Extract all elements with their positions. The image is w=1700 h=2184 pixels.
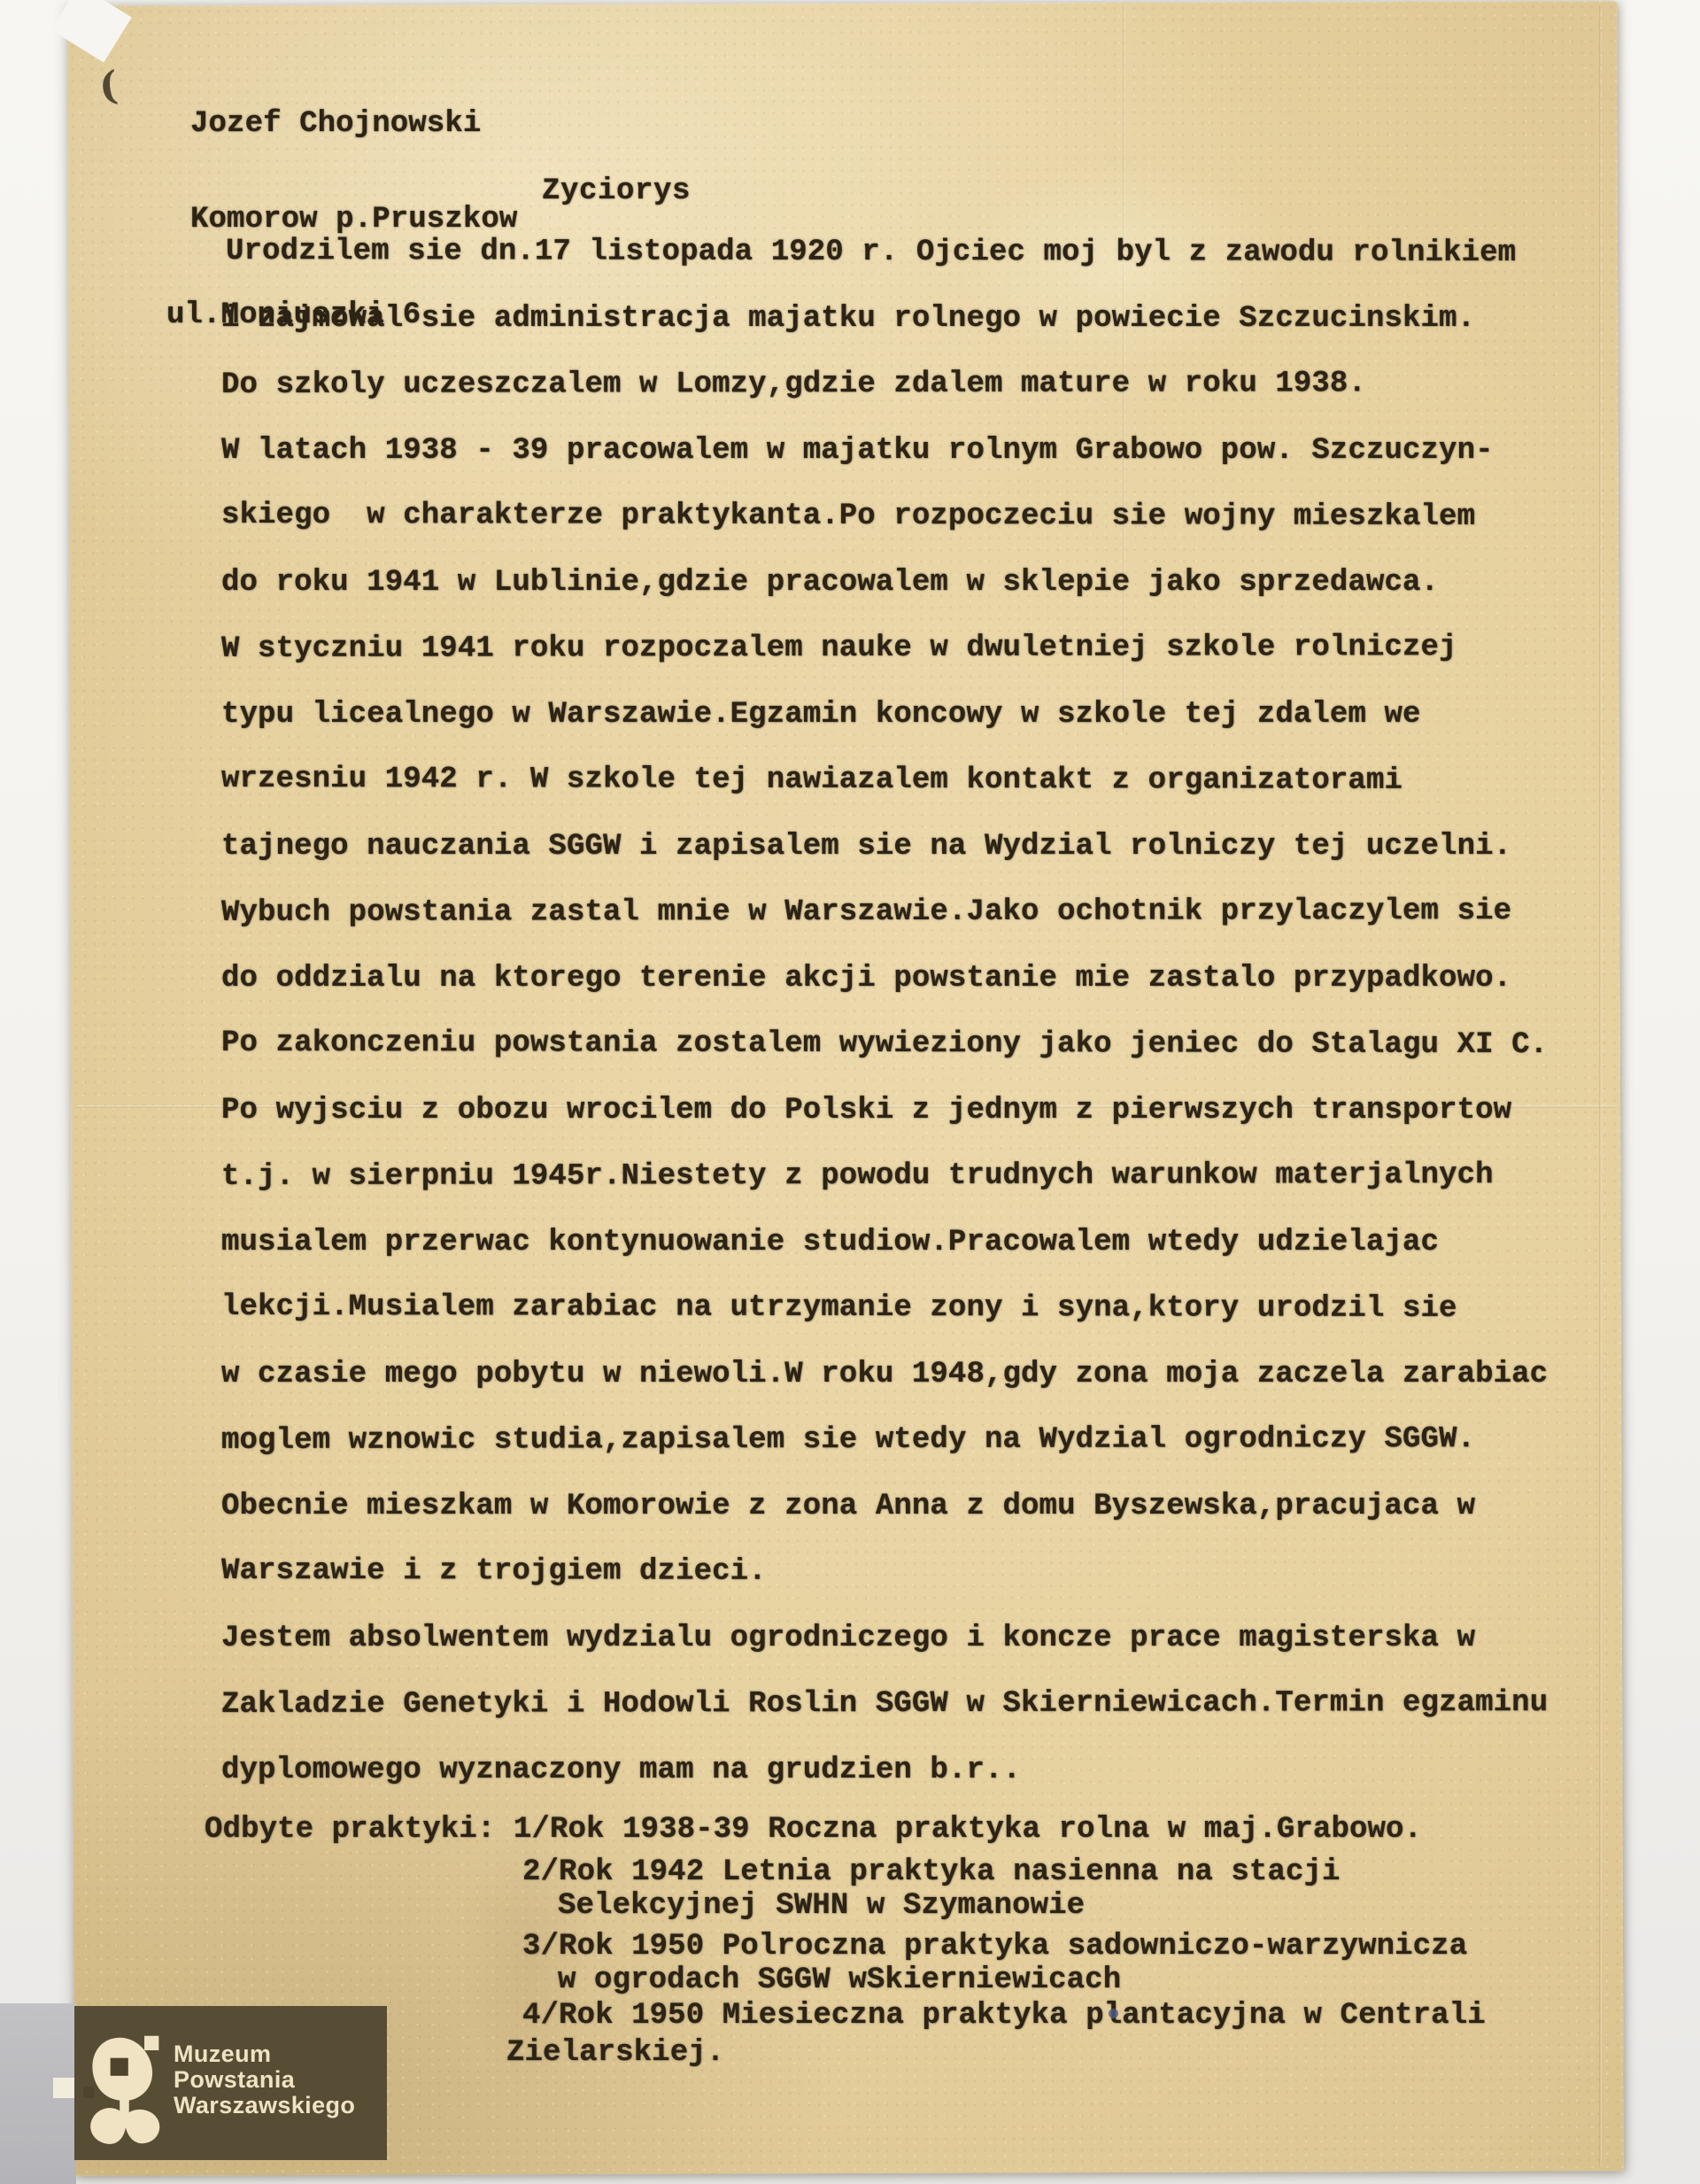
practice-row: w ogrodach SGGW wSkierniewicach (558, 1963, 1121, 1998)
document-line: do roku 1941 w Lublinie,gdzie pracowalem… (221, 550, 1548, 616)
document-line: Wybuch powstania zastal mnie w Warszawie… (221, 879, 1548, 946)
document-line: w czasie mego pobytu w niewoli.W roku 19… (221, 1342, 1548, 1408)
document-line: i zajmowal sie administracja majatku rol… (221, 286, 1548, 352)
document-line: skiego w charakterze praktykanta.Po rozp… (221, 483, 1548, 551)
practice-row: 3/Rok 1950 Polroczna praktyka sadowniczo… (522, 1929, 1467, 1964)
museum-name-line3: Warszawskiego (174, 2093, 355, 2118)
document-line: musialem przerwac kontynuowanie studiow.… (221, 1210, 1548, 1276)
document-line: Po zakonczeniu powstania zostalem wywiez… (221, 1011, 1548, 1079)
museum-name-line1: Muzeum (174, 2041, 355, 2067)
document-line: t.j. w sierpniu 1945r.Niestety z powodu … (221, 1142, 1548, 1210)
museum-name: Muzeum Powstania Warszawskiego (174, 2041, 355, 2118)
document-line: dyplomowego wyznaczony mam na grudzien b… (221, 1738, 1548, 1804)
sender-name: Jozef Chojnowski (190, 108, 517, 140)
document-line: do oddzialu na ktorego terenie akcji pow… (221, 946, 1548, 1012)
document-body: Urodzilem sie dn.17 listopada 1920 r. Oj… (221, 220, 1548, 1803)
practice-row: Zielarskiej. (506, 2035, 724, 2071)
document-title: Zyciorys (542, 174, 691, 209)
practice-row: Odbyte praktyki: 1/Rok 1938-39 Roczna pr… (205, 1812, 1422, 1847)
document-line: Zakladzie Genetyki i Hodowli Roslin SGGW… (221, 1670, 1548, 1738)
ink-fleck (1109, 2009, 1118, 2018)
practice-row: 2/Rok 1942 Letnia praktyka nasienna na s… (522, 1855, 1341, 1890)
document-line: typu licealnego w Warszawie.Egzamin konc… (221, 682, 1548, 748)
logo-pixel-square (53, 2078, 74, 2098)
document-line: W latach 1938 - 39 pracowalem w majatku … (221, 418, 1548, 484)
document-line: Do szkoly uczeszczalem w Lomzy,gdzie zda… (221, 351, 1548, 418)
document-line: lekcji.Musialem zarabiac na utrzymanie z… (221, 1274, 1548, 1343)
document-line: Obecnie mieszkam w Komorowie z zona Anna… (221, 1474, 1548, 1540)
practice-row: Selekcyjnej SWHN w Szymanowie (558, 1888, 1085, 1924)
museum-watermark: Muzeum Powstania Warszawskiego (74, 2006, 387, 2160)
document-line: Jestem absolwentem wydzialu ogrodniczego… (221, 1606, 1548, 1672)
document-line: wrzesniu 1942 r. W szkole tej nawiazalem… (221, 747, 1548, 815)
document-line: Urodzilem sie dn.17 listopada 1920 r. Oj… (221, 219, 1548, 287)
museum-name-line2: Powstania (174, 2067, 355, 2093)
document-line: tajnego nauczania SGGW i zapisalem sie n… (221, 814, 1548, 880)
practice-row: 4/Rok 1950 Miesieczna praktyka plantacyj… (522, 1998, 1486, 2033)
document-line: W styczniu 1941 roku rozpoczalem nauke w… (221, 615, 1548, 682)
scanned-document-page: { "document": { "sender": { "name": "Joz… (0, 0, 1700, 2184)
document-line: moglem wznowic studia,zapisalem sie wted… (221, 1406, 1548, 1474)
kotwica-pw-anchor-icon (81, 2033, 166, 2155)
document-line: Po wyjsciu z obozu wrocilem do Polski z … (221, 1078, 1548, 1144)
right-edge-fold (1599, 5, 1602, 2166)
document-line: Warszawie i z trojgiem dzieci. (221, 1538, 1548, 1607)
